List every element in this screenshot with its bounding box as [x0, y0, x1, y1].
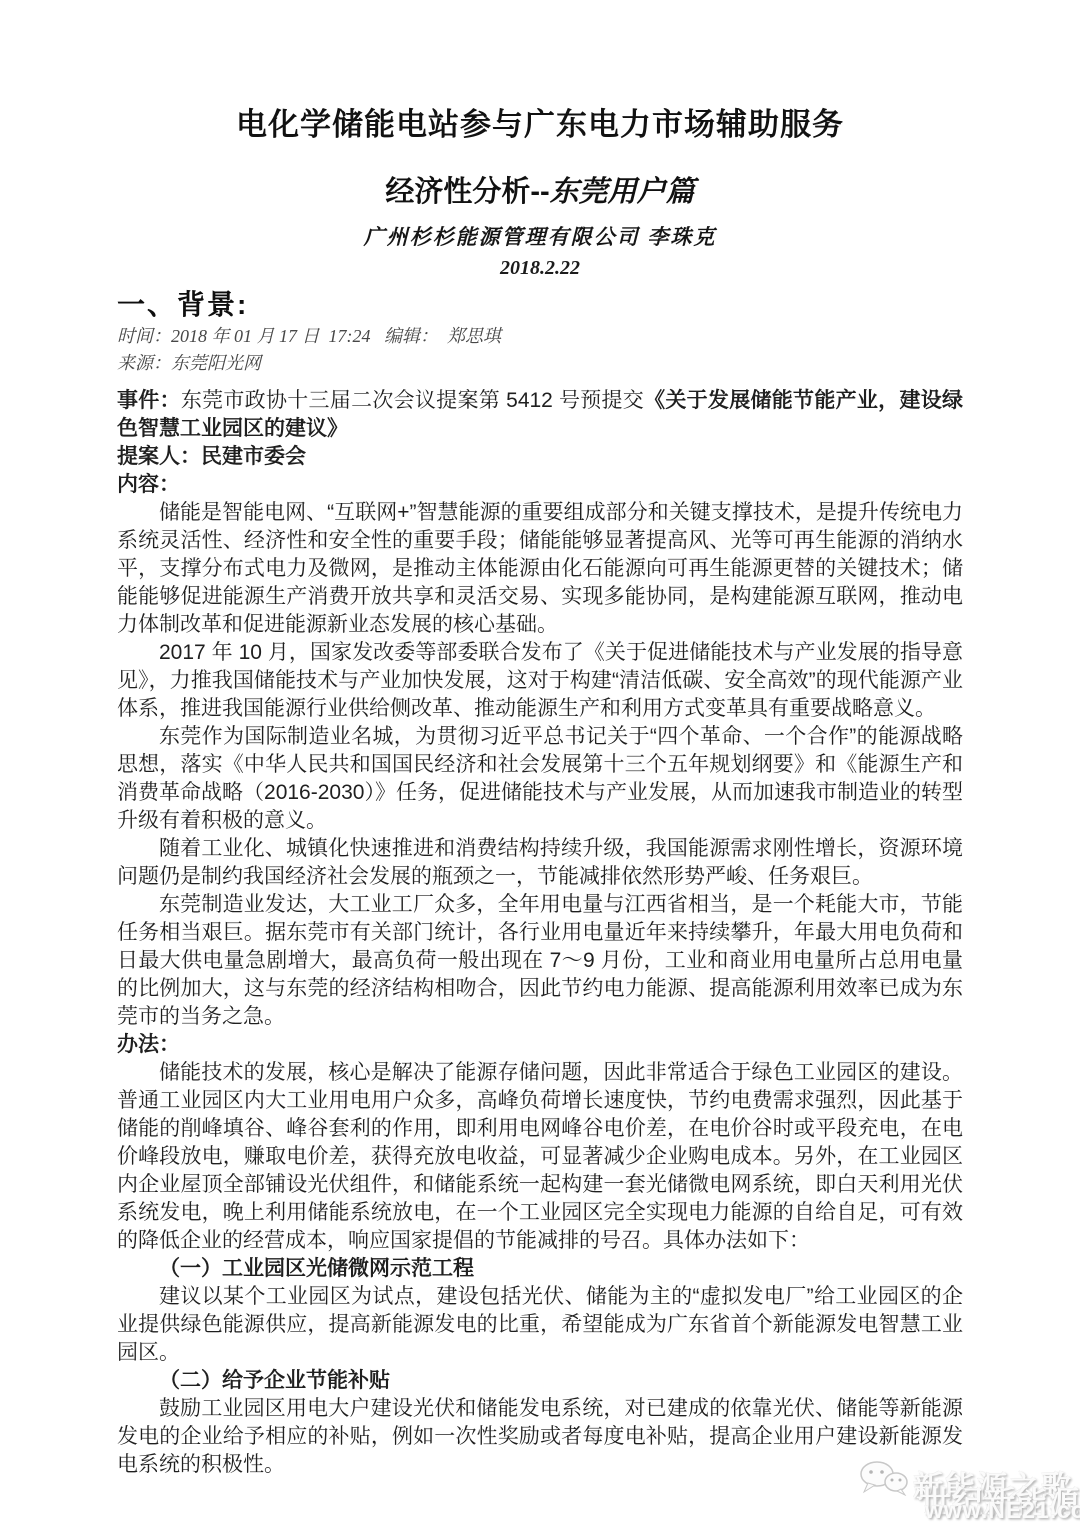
- doc-title: 电化学储能电站参与广东电力市场辅助服务: [117, 102, 963, 148]
- event-text: 东莞市政协十三届二次会议提案第 5412 号预提交: [181, 389, 644, 412]
- sub-paragraph-2: 鼓励工业园区用电大户建设光伏和储能发电系统，对已建成的依靠光伏、储能等新能源发电…: [117, 1395, 963, 1479]
- sub-heading-2: （二）给予企业节能补贴: [117, 1367, 963, 1395]
- proposer-line: 提案人：民建市委会: [117, 443, 963, 471]
- paragraph-5: 东莞制造业发达，大工业工厂众多，全年用电量与江西省相当，是一个耗能大市，节能任务…: [117, 891, 963, 1031]
- paragraph-4: 随着工业化、城镇化快速推进和消费结构持续升级，我国能源需求刚性增长，资源环境问题…: [117, 835, 963, 891]
- meta-source: 来源：东莞阳光网: [117, 350, 963, 377]
- sub-heading-1: （一）工业园区光储微网示范工程: [117, 1255, 963, 1283]
- doc-subtitle-emphasis: 东莞用户篇: [550, 176, 695, 208]
- doc-subtitle-prefix: 经济性分析--: [385, 176, 549, 208]
- date-line: 2018.2.22: [117, 256, 963, 280]
- paragraph-2: 2017 年 10 月，国家发改委等部委联合发布了《关于促进储能技术与产业发展的…: [117, 639, 963, 723]
- sub-paragraph-1: 建议以某个工业园区为试点，建设包括光伏、储能为主的“虚拟发电厂”给工业园区的企业…: [117, 1283, 963, 1367]
- paragraph-6: 储能技术的发展，核心是解决了能源存储问题，因此非常适合于绿色工业园区的建设。普通…: [117, 1059, 963, 1255]
- author-line: 广州杉杉能源管理有限公司 李珠克: [117, 225, 963, 251]
- wechat-icon: [858, 1460, 910, 1496]
- meta-time-editor: 时间：2018 年 01 月 17 日 17:24 编辑： 郑思琪: [117, 323, 963, 350]
- paragraph-3: 东莞作为国际制造业名城，为贯彻习近平总书记关于“四个革命、一个合作”的能源战略思…: [117, 723, 963, 835]
- blank-gap: [117, 377, 963, 387]
- method-label: 办法：: [117, 1031, 963, 1059]
- document-body: 电化学储能电站参与广东电力市场辅助服务 经济性分析--东莞用户篇 广州杉杉能源管…: [0, 102, 1080, 1479]
- doc-subtitle: 经济性分析--东莞用户篇: [117, 172, 963, 212]
- content-label: 内容：: [117, 471, 963, 499]
- event-label: 事件：: [117, 389, 181, 412]
- event-paragraph: 事件：东莞市政协十三届二次会议提案第 5412 号预提交《关于发展储能节能产业，…: [117, 387, 963, 443]
- document-page: 电化学储能电站参与广东电力市场辅助服务 经济性分析--东莞用户篇 广州杉杉能源管…: [0, 0, 1080, 1527]
- paragraph-1: 储能是智能电网、“互联网+”智慧能源的重要组成部分和关键支撑技术，是提升传统电力…: [117, 499, 963, 639]
- section-heading-background: 一、背景:: [117, 287, 963, 323]
- watermark-site-url: www.NE21.com: [925, 1497, 1080, 1524]
